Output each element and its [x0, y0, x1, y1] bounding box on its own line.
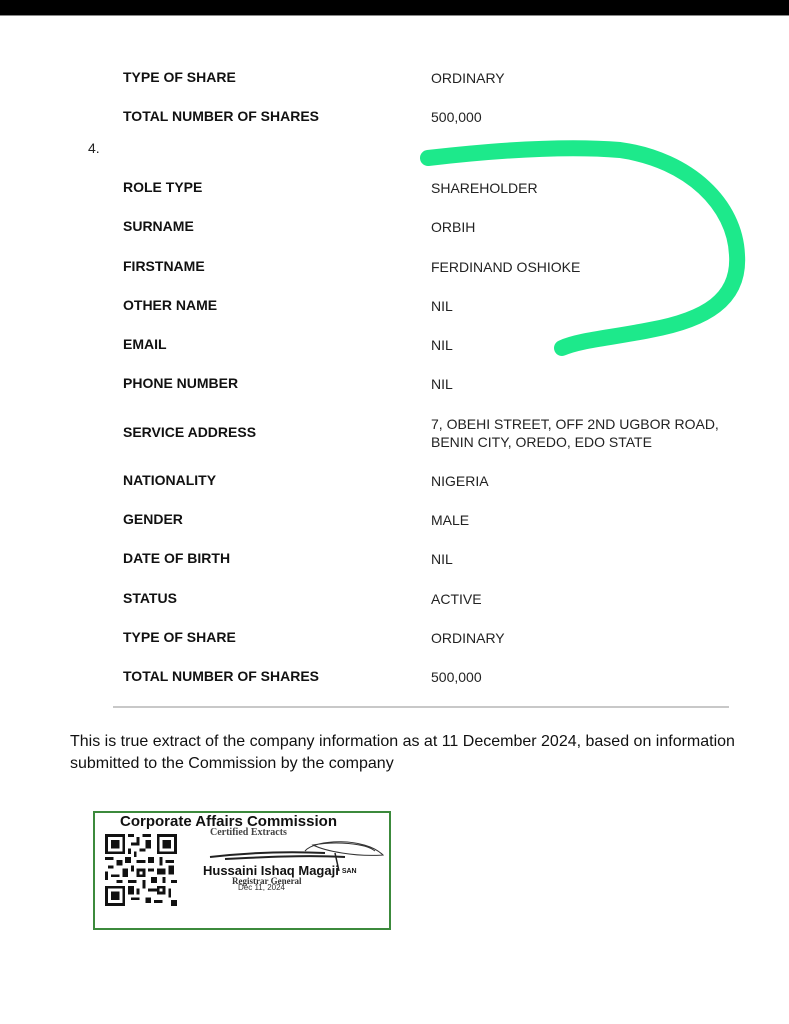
field-label: TYPE OF SHARE [123, 629, 236, 645]
field-row-total-shares: TOTAL NUMBER OF SHARES 500,000 [0, 668, 789, 688]
field-row: TYPE OF SHARE ORDINARY [0, 69, 789, 89]
field-row-surname: SURNAME ORBIH [0, 218, 789, 238]
top-black-bar [0, 0, 789, 16]
field-label: OTHER NAME [123, 297, 217, 313]
field-row-service-address: SERVICE ADDRESS 7, OBEHI STREET, OFF 2ND… [0, 415, 789, 435]
entry-number: 4. [88, 140, 100, 156]
field-label: SURNAME [123, 218, 194, 234]
field-label: GENDER [123, 511, 183, 527]
field-label: EMAIL [123, 336, 167, 352]
field-label: TOTAL NUMBER OF SHARES [123, 668, 319, 684]
field-row-other-name: OTHER NAME NIL [0, 297, 789, 317]
field-row-date-of-birth: DATE OF BIRTH NIL [0, 550, 789, 570]
field-label: DATE OF BIRTH [123, 550, 230, 566]
field-row: TOTAL NUMBER OF SHARES 500,000 [0, 108, 789, 128]
field-row-nationality: NATIONALITY NIGERIA [0, 472, 789, 492]
certification-stamp: Corporate Affairs Commission Certified E… [93, 811, 391, 930]
field-value: MALE [431, 511, 469, 529]
field-row-phone-number: PHONE NUMBER NIL [0, 375, 789, 395]
field-row-email: EMAIL NIL [0, 336, 789, 356]
field-value: NIL [431, 336, 453, 354]
field-value: 500,000 [431, 668, 482, 686]
field-label: STATUS [123, 590, 177, 606]
field-label: FIRSTNAME [123, 258, 205, 274]
field-value: NIL [431, 375, 453, 393]
field-row-gender: GENDER MALE [0, 511, 789, 531]
field-value: ACTIVE [431, 590, 482, 608]
field-value: ORDINARY [431, 69, 505, 87]
signer-suffix: SAN [342, 868, 357, 875]
field-value: NIGERIA [431, 472, 489, 490]
field-row-firstname: FIRSTNAME FERDINAND OSHIOKE [0, 258, 789, 278]
field-label: ROLE TYPE [123, 179, 202, 195]
field-label: NATIONALITY [123, 472, 216, 488]
field-label: SERVICE ADDRESS [123, 424, 256, 440]
qr-code-icon [105, 834, 177, 906]
field-label: PHONE NUMBER [123, 375, 238, 391]
field-row-type-of-share: TYPE OF SHARE ORDINARY [0, 629, 789, 649]
field-value: SHAREHOLDER [431, 179, 538, 197]
field-value: FERDINAND OSHIOKE [431, 258, 580, 276]
field-label: TYPE OF SHARE [123, 69, 236, 85]
section-divider [113, 706, 729, 708]
field-value: 7, OBEHI STREET, OFF 2ND UGBOR ROAD, BEN… [431, 415, 731, 451]
field-value: ORDINARY [431, 629, 505, 647]
field-value: ORBIH [431, 218, 475, 236]
field-value: NIL [431, 550, 453, 568]
stamp-date: Dec 11, 2024 [238, 883, 285, 892]
field-row-status: STATUS ACTIVE [0, 590, 789, 610]
field-value: NIL [431, 297, 453, 315]
field-label: TOTAL NUMBER OF SHARES [123, 108, 319, 124]
field-row-role-type: ROLE TYPE SHAREHOLDER [0, 179, 789, 199]
field-value: 500,000 [431, 108, 482, 126]
extract-footnote: This is true extract of the company info… [70, 731, 740, 775]
